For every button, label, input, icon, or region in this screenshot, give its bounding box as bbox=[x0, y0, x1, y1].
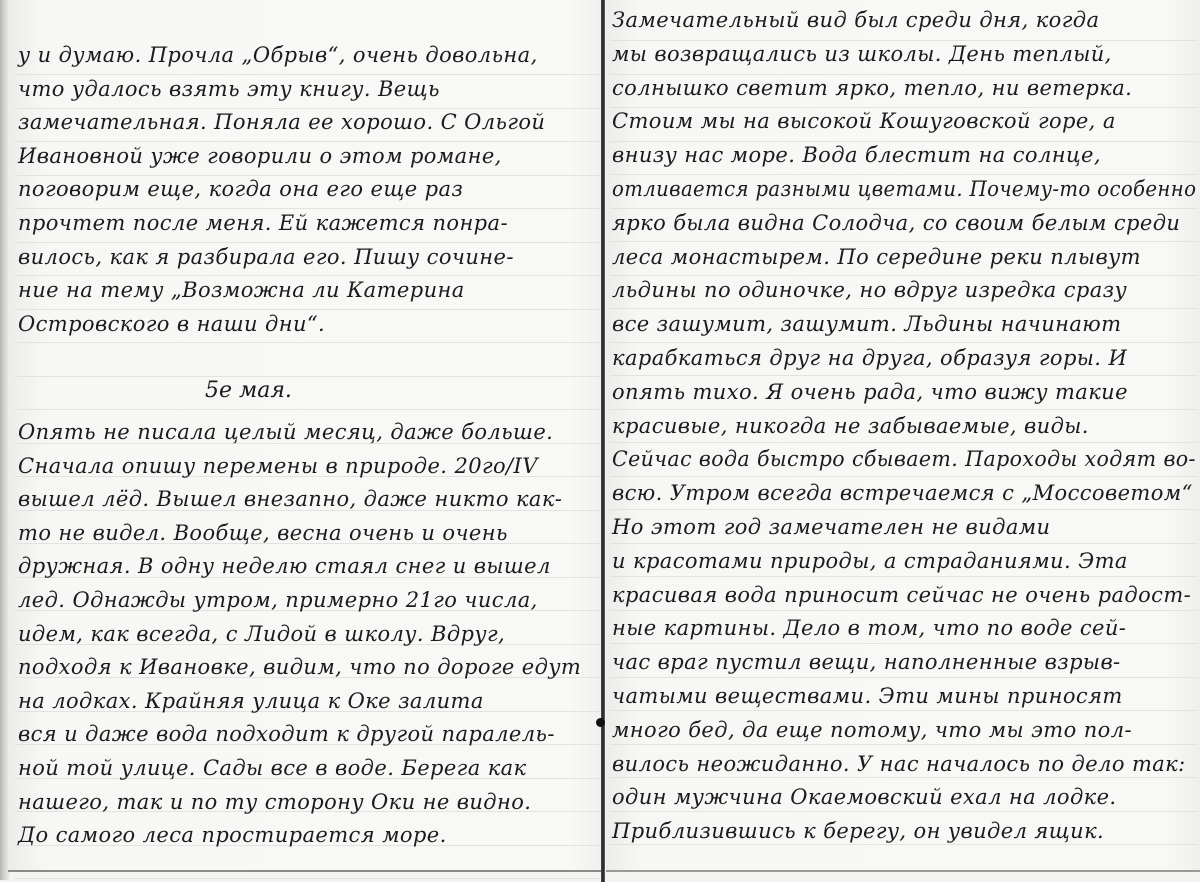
ink-blot bbox=[596, 718, 605, 727]
handwritten-line: отливается разными цветами. Почему-то ос… bbox=[612, 177, 1196, 201]
ruled-line bbox=[610, 811, 1198, 812]
handwritten-line: ной той улице. Сады все в воде. Берега к… bbox=[18, 756, 527, 780]
handwritten-line: вся и даже вода подходит к другой парале… bbox=[18, 722, 555, 746]
ruled-line bbox=[610, 174, 1198, 175]
handwritten-line: что удалось взять эту книгу. Вещь bbox=[18, 77, 440, 101]
handwritten-line: то не видел. Вообще, весна очень и очень bbox=[18, 521, 508, 545]
ruled-line bbox=[14, 342, 600, 343]
handwritten-line: леса монастырем. По середине реки плывут bbox=[612, 245, 1141, 269]
handwritten-line: Сейчас вода быстро сбывает. Пароходы ход… bbox=[612, 447, 1196, 471]
ruled-line bbox=[610, 543, 1198, 544]
handwritten-line: ние на тему „Возможна ли Катерина bbox=[18, 278, 465, 302]
ruled-line bbox=[610, 744, 1198, 745]
ruled-line bbox=[610, 208, 1198, 209]
ruled-line bbox=[610, 610, 1198, 611]
handwritten-line: Ивановной уже говорили о этом романе, bbox=[18, 144, 502, 168]
ruled-line bbox=[14, 208, 600, 209]
ruled-line bbox=[610, 308, 1198, 309]
handwritten-line: мы возвращались из школы. День теплый, bbox=[612, 42, 1112, 66]
handwritten-line: красивые, никогда не забываемые, виды. bbox=[612, 414, 1089, 438]
handwritten-line: ные картины. Дело в том, что по воде сей… bbox=[612, 616, 1126, 640]
handwritten-line: внизу нас море. Вода блестит на солнце, bbox=[612, 143, 1101, 167]
entry-date-heading: 5е мая. bbox=[205, 378, 292, 403]
ruled-line bbox=[14, 376, 600, 377]
handwritten-line: Замечательный вид был среди дня, когда bbox=[612, 8, 1099, 32]
handwritten-line: один мужчина Окаемовский ехал на лодке. bbox=[612, 785, 1117, 809]
ruled-line bbox=[14, 309, 600, 310]
handwritten-line: подходя к Ивановке, видим, что по дороге… bbox=[18, 655, 581, 679]
ruled-line bbox=[610, 677, 1198, 678]
handwritten-line: Опять не писала целый месяц, даже больше… bbox=[18, 420, 553, 444]
ruled-line bbox=[610, 342, 1198, 343]
handwritten-line: Стоим мы на высокой Кошуговской горе, а bbox=[612, 109, 1116, 133]
ruled-line bbox=[14, 275, 600, 276]
handwritten-line: все зашумит, зашумит. Льдины начинают bbox=[612, 312, 1121, 336]
ruled-line bbox=[14, 108, 600, 109]
notebook-spread: 5е мая. у и думаю. Прочла „Обрыв“, очень… bbox=[0, 0, 1200, 882]
ruled-line bbox=[610, 409, 1198, 410]
handwritten-line: Но этот год замечателен не видами bbox=[612, 515, 1050, 539]
handwritten-line: много бед, да еще потому, что мы это пол… bbox=[612, 718, 1132, 742]
ruled-line bbox=[610, 476, 1198, 477]
handwritten-line: вышел лёд. Вышел внезапно, даже никто ка… bbox=[18, 487, 562, 511]
handwritten-line: нашего, так и по ту сторону Оки не видно… bbox=[18, 790, 531, 814]
handwritten-line: красивая вода приносит сейчас не очень р… bbox=[612, 583, 1191, 607]
handwritten-line: вилось неожиданно. У нас началось по дел… bbox=[612, 752, 1186, 776]
handwritten-line: Приблизившись к берегу, он увидел ящик. bbox=[612, 819, 1104, 843]
handwritten-line: Островского в наши дни“. bbox=[18, 312, 325, 336]
ruled-line bbox=[610, 710, 1198, 711]
ruled-line bbox=[610, 777, 1198, 778]
handwritten-line: прочтет после меня. Ей кажется понра- bbox=[18, 211, 508, 235]
handwritten-line: час враг пустил вещи, наполненные взрыв- bbox=[612, 650, 1121, 674]
handwritten-line: льдины по одиночке, но вдруг изредка сра… bbox=[612, 278, 1127, 302]
ruled-line bbox=[14, 409, 600, 410]
handwritten-line: солнышко светит ярко, тепло, ни ветерка. bbox=[612, 76, 1132, 100]
ruled-line bbox=[610, 442, 1198, 443]
ruled-line bbox=[610, 643, 1198, 644]
handwritten-line: дружная. В одну неделю стаял снег и выше… bbox=[18, 554, 551, 578]
ruled-line bbox=[14, 141, 600, 142]
handwritten-line: ярко была видна Солодча, со своим белым … bbox=[612, 211, 1180, 235]
ruled-line bbox=[14, 878, 600, 879]
handwritten-line: вилось, как я разбирала его. Пишу сочине… bbox=[18, 245, 514, 269]
ruled-line bbox=[610, 275, 1198, 276]
ruled-line bbox=[14, 175, 600, 176]
handwritten-line: чатыми веществами. Эти мины приносят bbox=[612, 684, 1123, 708]
handwritten-line: и красотами природы, а страданиями. Эта bbox=[612, 549, 1128, 573]
ruled-line bbox=[610, 844, 1198, 845]
page-gutter bbox=[601, 0, 605, 882]
ruled-line bbox=[14, 242, 600, 243]
handwritten-line: До самого леса простирается море. bbox=[18, 823, 447, 847]
handwritten-line: опять тихо. Я очень рада, что вижу такие bbox=[612, 380, 1128, 404]
handwritten-line: карабкаться друг на друга, образуя горы.… bbox=[612, 346, 1127, 370]
ruled-line bbox=[14, 74, 600, 75]
ruled-line bbox=[610, 375, 1198, 376]
handwritten-line: лед. Однажды утром, примерно 21го числа, bbox=[18, 588, 538, 612]
handwritten-line: Сначала опишу перемены в природе. 20го/I… bbox=[18, 454, 538, 478]
handwritten-line: идем, как всегда, с Лидой в школу. Вдруг… bbox=[18, 622, 505, 646]
ruled-line bbox=[610, 509, 1198, 510]
ruled-line bbox=[610, 576, 1198, 577]
ruled-line bbox=[610, 74, 1198, 75]
ruled-line bbox=[610, 107, 1198, 108]
handwritten-line: у и думаю. Прочла „Обрыв“, очень довольн… bbox=[18, 43, 538, 67]
ruled-line bbox=[610, 241, 1198, 242]
handwritten-line: на лодках. Крайняя улица к Оке залита bbox=[18, 689, 484, 713]
handwritten-line: замечательная. Поняла ее хорошо. С Ольго… bbox=[18, 110, 545, 134]
handwritten-line: поговорим еще, когда она его еще раз bbox=[18, 177, 463, 201]
handwritten-line: всю. Утром всегда встречаемся с „Моссове… bbox=[612, 481, 1193, 505]
ruled-line bbox=[610, 141, 1198, 142]
